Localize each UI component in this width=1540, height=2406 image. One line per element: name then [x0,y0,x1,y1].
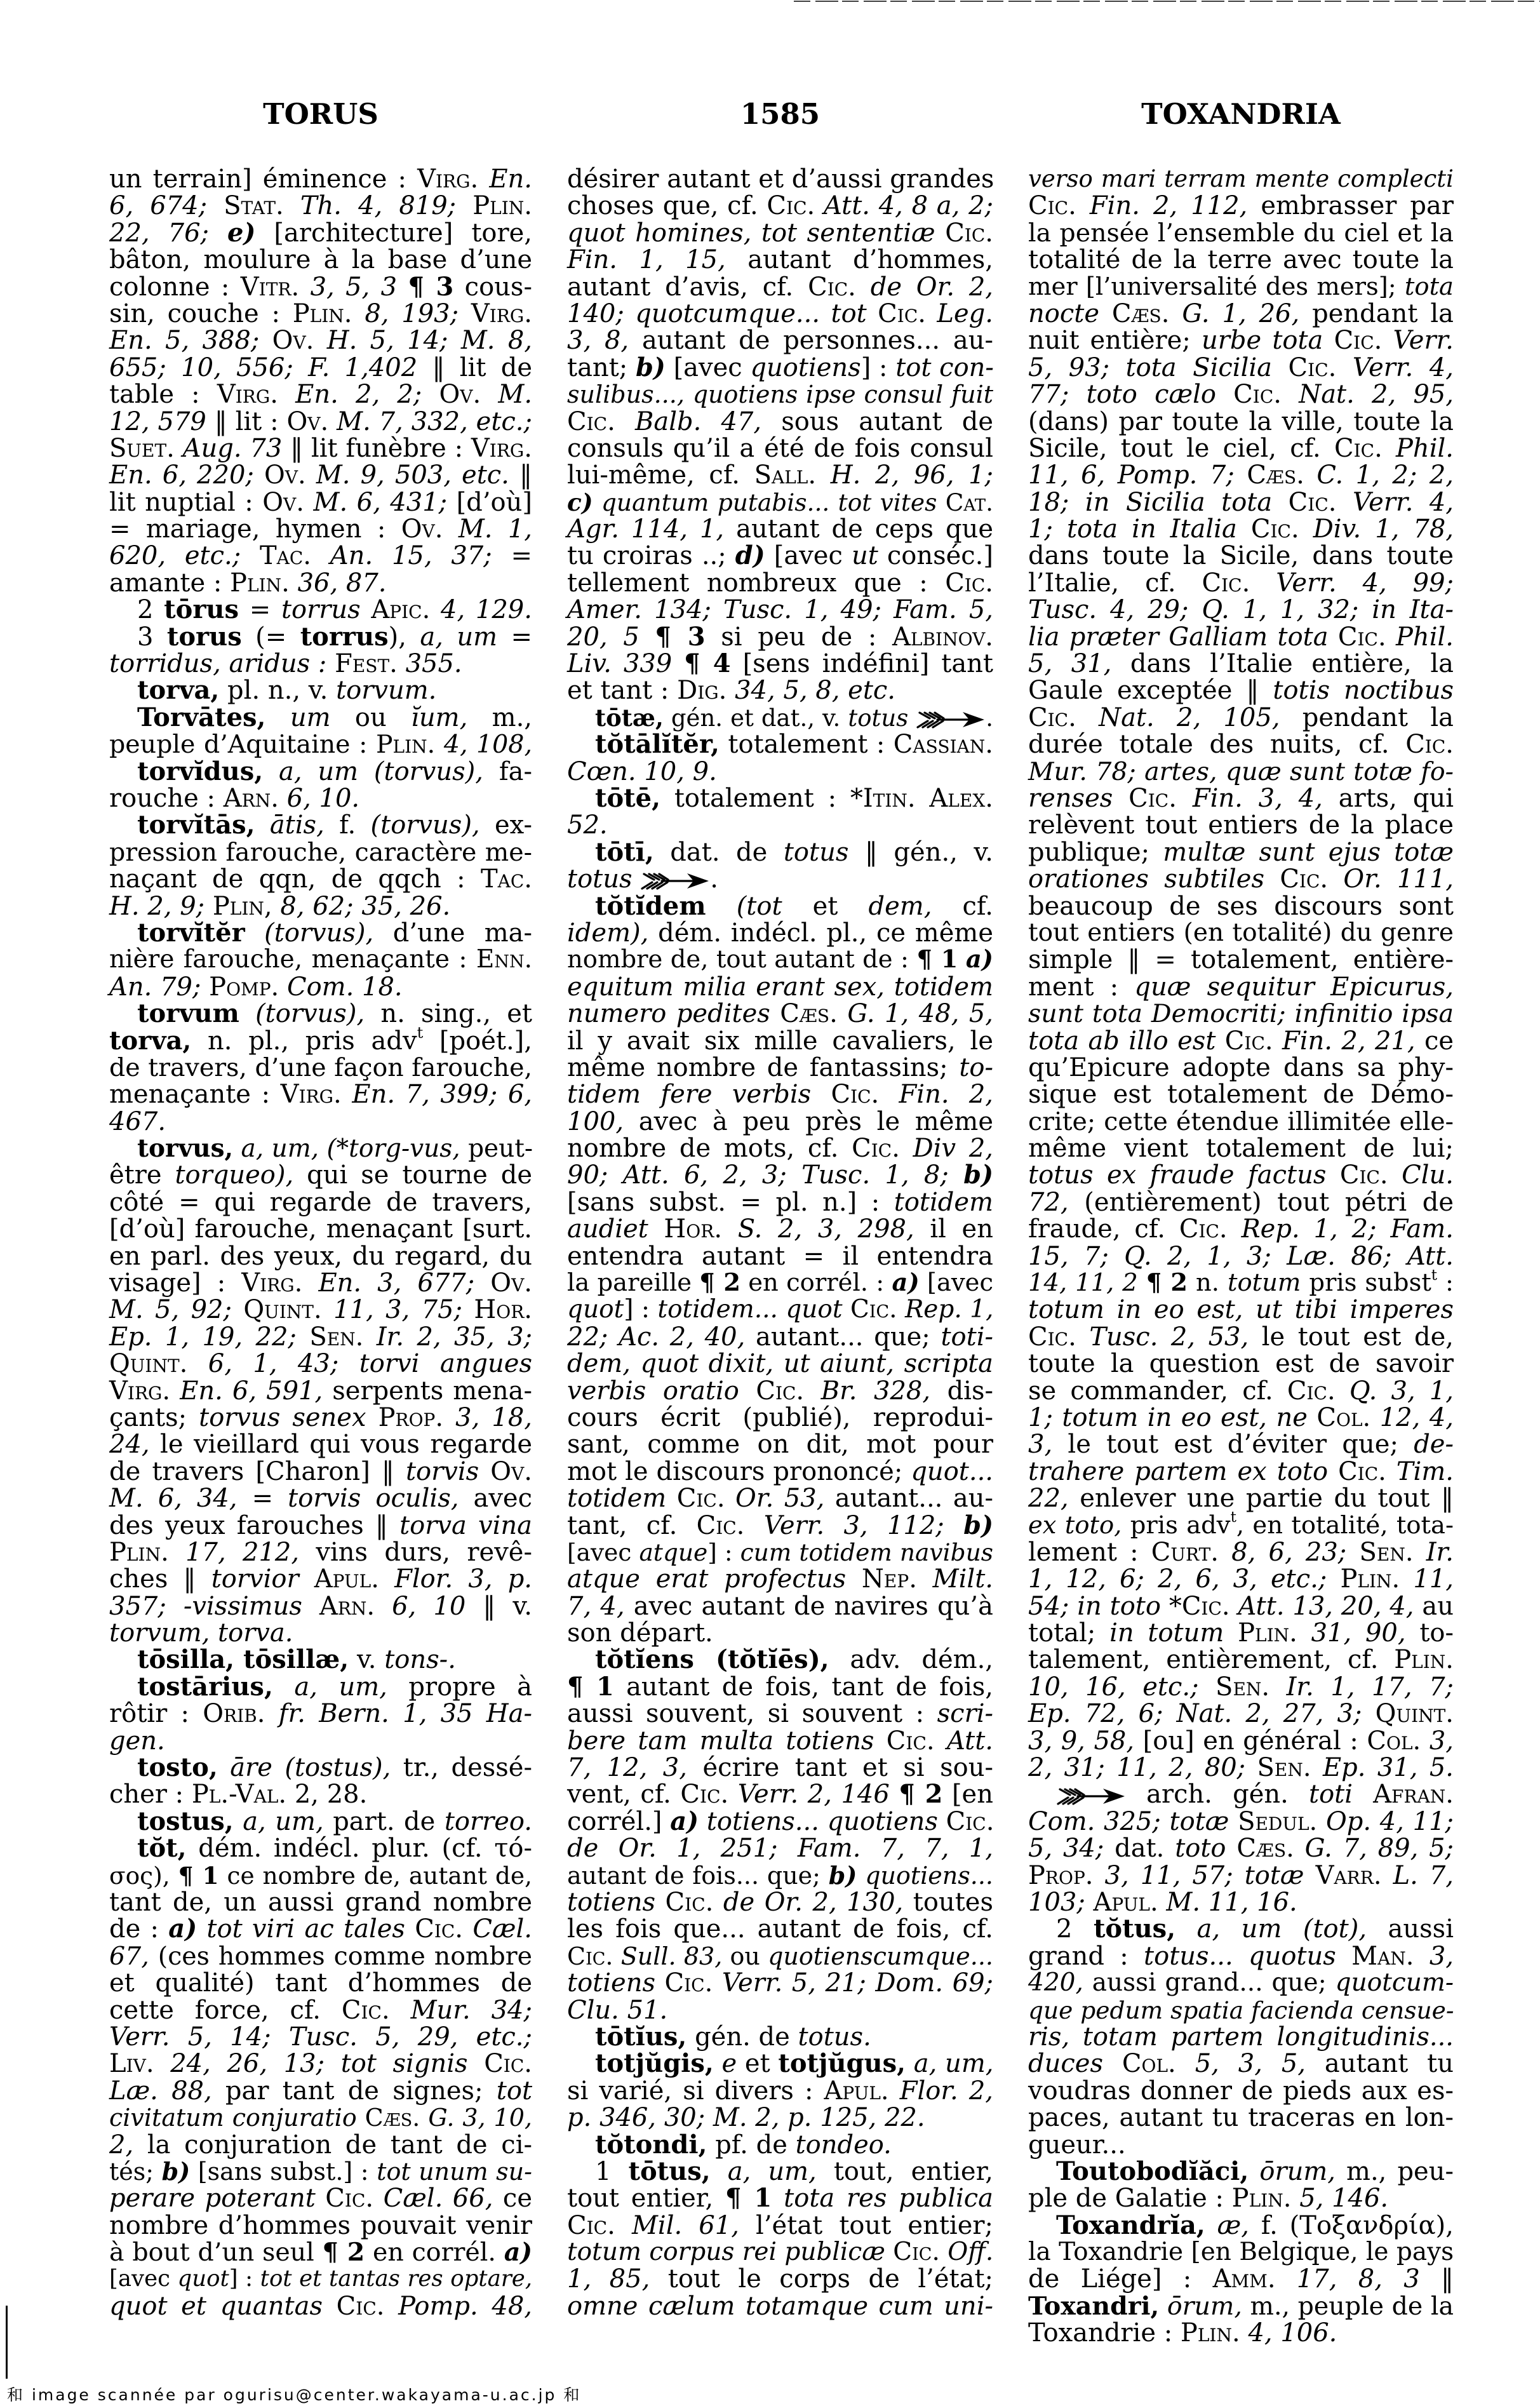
text-line: renses Cic. Fin. 3, 4, arts, qui [1028,785,1454,812]
italic-text: Verr. 4, [1353,488,1454,517]
sense-marker: b) [162,2157,191,2186]
italic-text: Balb. 47, [635,407,761,436]
italic-text: Or. 111, [1343,864,1454,894]
italic-text: Aug. 73 [183,434,283,463]
italic-text: 3, 11, 57; totæ [1105,1861,1304,1890]
author-abbreviation: Cic. [1028,703,1076,732]
author-abbreviation: Virg. [217,380,278,409]
text-line: tant, cf. Cic. Verr. 3, 112; b) [567,1512,993,1539]
text-line: 54; in toto *Cic. Att. 13, 20, 4, au [1028,1593,1454,1620]
italic-text: Rep. 1, 2; Fam. [1242,1214,1454,1244]
author-abbreviation: Cic. [1128,784,1177,813]
italic-text: sulibus..., quotiens ipse consul fuit [567,380,993,408]
text-line: tosto, āre (tostus), tr., dessé- [109,1754,532,1781]
italic-text: 6, 674; [109,191,207,220]
text-line: 5, 31, dans l’Italie entière, la [1028,650,1454,677]
italic-text: Mur. 34; [411,1996,532,2025]
author-abbreviation: Enn. [476,945,532,974]
headword: torva, [137,675,219,705]
author-abbreviation: Cic. [1280,864,1328,894]
text-line: nombre d’hommes pouvait venir [109,2212,532,2239]
author-abbreviation: Virg. [241,1268,302,1298]
text-line: lia præter Galliam tota Cic. Phil. [1028,624,1454,650]
italic-text: Verr. [1393,326,1454,355]
text-line: 2, la conjuration de tant de ci- [109,2132,532,2158]
italic-text: S. 2, 3, 298, [738,1214,914,1244]
italic-text: En. 5, 388; [109,326,259,355]
text-line: de travers [Charon] ‖ torvis Ov. [109,1458,532,1485]
italic-text: ut [852,541,878,570]
text-line: totalité de la terre avec toute la [1028,246,1454,273]
author-abbreviation: Cæs. [1247,460,1304,490]
italic-text: 1, 85, [567,2264,650,2294]
text-line: 22, enlever une partie du tout ‖ [1028,1485,1454,1512]
author-abbreviation: Prop. [1028,1861,1094,1890]
italic-text: totidem [894,1188,993,1217]
text-line: tōtĭus, gén. de totus. [567,2024,993,2050]
text-line: aussi souvent, si souvent : scri- [567,1700,993,1727]
italic-text: 11, 3, 75; [333,1295,462,1324]
author-abbreviation: Ov. [439,380,481,409]
italic-text: 6, 10 [392,1592,465,1621]
text-line: torva, pl. n., v. torvum. [109,677,532,704]
italic-text: scri- [937,1699,993,1728]
headword: ¶ 2 [699,1268,740,1297]
italic-text: 18; in Sicilia tota [1028,488,1272,517]
author-abbreviation: Cic. [342,1996,390,2025]
italic-text: totus. [798,2022,871,2052]
superscript: t [417,1024,424,1042]
italic-text: 36, 87. [298,568,387,598]
italic-text: quotiens [750,353,860,382]
text-line: pression farouche, caractère me- [109,839,532,866]
text-line: omne cælum totamque cum uni- [567,2293,993,2320]
italic-text: 10, 16, etc.; [1028,1672,1199,1702]
text-line: Mur. 78; artes, quæ sunt totæ fo- [1028,758,1454,785]
text-line: Cic. Fin. 2, 112, embrasser par [1028,192,1454,219]
author-abbreviation: Cic. [1179,1214,1228,1244]
text-line: audiet Hor. S. 2, 3, 298, il en [567,1216,993,1242]
author-abbreviation: Cæs. [1236,1834,1294,1863]
text-line: de Liége] : Amm. 17, 8, 3 ‖ [1028,2266,1454,2292]
text-line: nombre de, tout autant de : ¶ 1 a) [567,946,993,973]
italic-text: Milt. [933,1564,993,1594]
text-line: M. 5, 92; Quint. 11, 3, 75; Hor. [109,1296,532,1323]
text-line: vent, cf. Cic. Verr. 2, 146 ¶ 2 [en [567,1781,993,1808]
headword: ¶ 1 [916,945,958,974]
italic-text: 4, 129. [441,595,532,624]
headword: torvum [137,998,239,1028]
italic-text: Ir. 1, 17, 7; [1287,1672,1454,1702]
italic-text: Nat. 2, 95, [1299,380,1454,409]
italic-text: 655; 10, 556; F. 1,402 [109,353,417,382]
italic-text: 620, etc.; [109,541,241,570]
author-abbreviation: Cic. [878,299,926,328]
italic-text: En. 3, 677; [318,1268,474,1298]
italic-text: torvis [406,1457,479,1486]
italic-text: torvis oculis, [288,1484,459,1513]
italic-text: 420, [1028,1968,1083,1997]
author-abbreviation: Man. [1351,1942,1414,1971]
headword: tostārius, [137,1672,273,1702]
text-line: 2 tŏtus, a, um (tot), aussi [1028,1916,1454,1942]
italic-text: Fin. 2, [899,1080,993,1109]
text-line: 90; Att. 6, 2, 3; Tusc. 1, 8; b) [567,1162,993,1188]
italic-text: quotiens... [865,1862,993,1890]
italic-text: a, um, [243,1807,323,1836]
italic-text: 6, 1, 43; torvi angues [208,1349,532,1378]
headword: tŏtus, [1094,1914,1175,1944]
italic-text: e [722,2049,737,2078]
italic-text: 12, 579 [109,407,206,436]
running-header-right-guide-word: TOXANDRIA [1028,98,1454,130]
text-line: gen. [109,1728,532,1754]
italic-text: Fin. 2, 112, [1090,191,1247,220]
author-abbreviation: Plin. [109,1538,169,1567]
italic-text: Flor. 2, [900,2076,993,2106]
italic-text: totus... quotus [1144,1942,1336,1971]
italic-text: H. 2, 9; [109,892,204,921]
italic-text: tot et tantas res optare, [260,2266,532,2292]
italic-text: Att. 13, 20, 4, [1238,1592,1414,1621]
author-abbreviation: Albinov. [892,622,993,652]
italic-text: Com. 18. [287,972,403,1002]
text-line: 22; Ac. 2, 40, autant... que; toti- [567,1324,993,1350]
author-abbreviation: Plin. [472,191,532,220]
text-line: tōtē, totalement : *Itin. Alex. [567,785,993,812]
headword: ¶ 4 [684,649,730,678]
author-abbreviation: Cic. [337,2292,385,2321]
italic-text: Com. 325; totæ [1028,1807,1229,1836]
author-abbreviation: Cic. [567,407,615,436]
text-line: désirer autant et d’aussi grandes [567,166,993,192]
headword: tŏtondi, [595,2130,707,2160]
text-line: tŏtĭens (tŏtĭēs), adv. dém., [567,1646,993,1673]
author-abbreviation: Cic. [1182,1592,1230,1621]
italic-text: 100, [567,1107,624,1136]
italic-text: quantum putabis... tot vites [601,488,937,516]
author-abbreviation: Cic. [831,1080,879,1109]
text-line: l’Italie, cf. Cic. Verr. 4, 99; [1028,570,1454,596]
text-line: 1; tota in Italia Cic. Div. 1, 78, [1028,516,1454,542]
italic-text: torreo. [445,1807,532,1836]
italic-text: Amer. 134; Tusc. 1, 49; Fam. 5, [567,595,993,624]
italic-text: multæ sunt ejus totæ [1163,838,1454,867]
author-abbreviation: Cic. [767,191,815,220]
italic-text: M. 5, 92; [109,1295,232,1324]
feathered-arrow-icon [916,709,986,730]
italic-text: dem, [868,892,932,921]
text-line: tōtæ, gén. et dat., v. totus . [567,704,993,731]
italic-text: toti- [941,1322,993,1352]
italic-text: urbe tota [1202,326,1323,355]
text-line: table : Virg. En. 2, 2; Ov. M. [109,381,532,408]
italic-text: fr. Bern. 1, 35 Ha- [279,1699,532,1728]
author-abbreviation: Sen. [309,1322,363,1352]
text-line: tōtī, dat. de totus ‖ gén., v. [567,839,993,866]
text-line: Fin. 1, 15, autant d’hommes, [567,246,993,273]
italic-text: 52. [567,810,608,840]
italic-text: 467. [109,1107,166,1136]
column-middle: désirer autant et d’aussi grandeschoses … [567,166,993,2320]
sense-marker: c) [567,488,593,516]
italic-text: torva vina [399,1511,532,1540]
author-abbreviation: Cic. [1233,380,1282,409]
italic-text: 3, 9, 58, [1028,1726,1134,1756]
headword: Toutobodĭăci, [1056,2156,1249,2186]
italic-text: Tusc. 4, 29; Q. 1, 1, 32; in Ita- [1028,595,1454,624]
author-abbreviation: Fest. [335,649,398,678]
text-line: verso mari terram mente complecti [1028,166,1454,192]
italic-text: torridus, aridus : [109,649,326,678]
italic-text: torvum, torva. [109,1618,293,1648]
italic-text: Cæl. 66, [384,2184,493,2213]
text-line: Cic. Sull. 83, ou quotienscumque... [567,1943,993,1970]
italic-text: 31, 90, [1311,1618,1406,1648]
author-abbreviation: Ov. [490,1457,532,1486]
superscript: t [1431,1267,1437,1284]
italic-text: tota [1405,272,1454,301]
italic-text: torqueo), [175,1160,293,1190]
headword: torva, [109,1026,191,1056]
text-line: atque erat profectus Nep. Milt. [567,1566,993,1592]
italic-text: tot con- [895,353,994,382]
italic-text: 14, 11, 2 [1028,1268,1138,1297]
author-abbreviation: Cic. [1028,191,1076,220]
author-abbreviation: Cic. [946,1807,994,1836]
italic-text: quotienscumque... [768,1942,993,1970]
italic-text: totiens [567,1968,655,1998]
text-line: ex toto, pris advt, en totalité, tota- [1028,1512,1454,1539]
text-line: Cic. Mil. 61, l’état tout entier; [567,2212,993,2239]
italic-text: 6, 10. [287,784,360,813]
text-line: torvum, torva. [109,1620,532,1646]
italic-text: totiens [567,1888,655,1917]
text-line: Toxandri, ōrum, m., peuple de la [1028,2293,1454,2320]
italic-text: 24, [109,1430,150,1459]
text-line: total; in totum Plin. 31, 90, to- [1028,1620,1454,1646]
italic-text: G. 1, 26, [1182,299,1299,328]
text-line: totjŭgis, e et totjŭgus, a, um, [567,2050,993,2077]
italic-text: Agr. 114, 1, [567,514,724,544]
text-line: totum in eo est, ut tibi imperes [1028,1296,1454,1323]
text-line: Ep. 72, 6; Nat. 2, 27, 3; Quint. [1028,1700,1454,1727]
italic-text: toto [1175,1834,1226,1863]
text-line: 3, le tout est d’éviter que; de- [1028,1431,1454,1458]
italic-text: totum corpus rei publicæ [567,2238,885,2266]
author-abbreviation: Tac. [260,541,311,570]
text-line: M. 6, 34, = torvis oculis, avec [109,1485,532,1512]
headword: ¶ 2 [899,1779,942,1809]
italic-text: ex toto, [1028,1511,1122,1540]
italic-text: ōrum, [1167,2292,1242,2321]
headword: tŏtālĭtĕr, [595,729,720,759]
italic-text: H. 5, 14; M. 8, [327,326,532,355]
text-line: 14, 11, 2 ¶ 2 n. totum pris substt : [1028,1270,1454,1296]
text-line: tu croiras ..; d) [avec ut conséc.] [567,542,993,569]
text-line: mot le discours prononcé; quot... [567,1458,993,1485]
author-abbreviation: Ov. [264,460,306,490]
author-abbreviation: Cic. [666,1888,714,1917]
text-line: 2, 31; 11, 2, 80; Sen. Ep. 31, 5. [1028,1754,1454,1781]
italic-text: 12, 4, [1380,1403,1454,1432]
text-line: lui-même, cf. Sall. H. 2, 96, 1; [567,462,993,488]
text-line: et tant : Dig. 34, 5, 8, etc. [567,677,993,704]
italic-text: Liv. 339 [567,649,672,678]
italic-text: 11, 6, Pomp. 7; [1028,460,1235,490]
text-line: σος), ¶ 1 ce nombre de, autant de, [109,1862,532,1889]
author-abbreviation: Cic. [1289,353,1337,382]
headword: torvus, [137,1134,233,1163]
italic-text: āre (tostus), [230,1753,391,1782]
italic-text: Fin. 3, 4, [1193,784,1323,813]
text-line: tant de, un aussi grand nombre [109,1889,532,1916]
italic-text: Rep. 1, [905,1295,993,1324]
text-line: simple ‖ = totalement, entière- [1028,946,1454,973]
text-line: torvus, a, um, (*torg-vus, peut- [109,1135,532,1162]
italic-text: Fin. 2, 21, [1282,1026,1416,1056]
text-line: tŏtālĭtĕr, totalement : Cassian. [567,731,993,758]
sense-marker: d) [735,541,765,570]
italic-text: Verr. 3, 112; [764,1511,944,1540]
author-abbreviation: Cic. [1334,434,1383,463]
italic-text: Off. [947,2238,993,2266]
italic-text: 22; Ac. 2, 40, [567,1322,745,1352]
headword: Toxandrĭa, [1056,2210,1205,2240]
text-line: la pensée l’ensemble du ciel et la [1028,220,1454,246]
italic-text: dem, quot dixit, ut aiunt, scripta [567,1349,993,1378]
author-abbreviation: Virg. [471,299,532,328]
author-abbreviation: Cic. [1338,622,1386,652]
text-line: tŏtondi, pf. de tondeo. [567,2132,993,2158]
italic-text: Tim. [1396,1457,1454,1486]
italic-text: 4, 108, [444,730,532,759]
italic-text: ātis, [270,810,325,840]
text-line: [d’où] farouche, menaçant [surt. [109,1216,532,1242]
headword: totjŭgus, [778,2048,906,2078]
column-right: verso mari terram mente complectiCic. Fi… [1028,166,1454,2347]
author-abbreviation: Itin. Alex. [863,784,993,813]
italic-text: Cæl. [472,1914,532,1944]
running-header-left-guide-word: TORUS [109,98,532,130]
author-abbreviation: Cic. [852,1134,900,1163]
italic-text: L. 7, [1393,1861,1454,1890]
text-line: tōsilla, tōsillæ, v. tons-. [109,1646,532,1673]
italic-text: torrus [281,595,361,624]
italic-text: quotcum- [1336,1968,1454,1997]
text-line: 3, 8, autant de personnes... au- [567,327,993,354]
text-line: Torvātes, um ou ĭum, m., [109,704,532,731]
text-line: tés; b) [sans subst.] : tot unum su- [109,2158,532,2185]
italic-text: de- [1414,1430,1454,1459]
text-line: sin, couche : Plin. 8, 193; Virg. [109,300,532,327]
author-abbreviation: Ov. [262,488,304,517]
author-abbreviation: Arn. [319,1592,375,1621]
text-line: il y avait six mille cavaliers, le [567,1028,993,1054]
text-line: 5, 34; dat. toto Cæs. G. 7, 89, 5; [1028,1835,1454,1862]
text-line: mer [l’universalité des mers]; tota [1028,274,1454,300]
text-line: dans toute la Sicile, dans toute [1028,542,1454,569]
text-line: Læ. 88, par tant de signes; tot [109,2078,532,2104]
text-line: corrél.] a) totiens... quotiens Cic. [567,1808,993,1835]
italic-text: 5, 34; [1028,1834,1104,1863]
italic-text: C. 1, 2; 2, [1316,460,1454,490]
text-line: 1 tōtus, a, um, tout, entier, [567,2158,993,2185]
text-line: lement : Curt. 8, 6, 23; Sen. Ir. [1028,1539,1454,1566]
text-line: [sans subst. = pl. n.] : totidem [567,1189,993,1216]
text-line: entendra autant = il entendra [567,1243,993,1270]
italic-text: (torvus), [371,810,480,840]
text-line: 18; in Sicilia tota Cic. Verr. 4, [1028,489,1454,516]
author-abbreviation: Apul. [1094,1888,1158,1917]
text-line: 140; quotcumque... tot Cic. Leg. [567,300,993,327]
author-abbreviation: Plin. [1394,1645,1454,1674]
text-line: ches ‖ torvior Apul. Flor. 3, p. [109,1566,532,1592]
text-line: ris, totam partem longitudinis... [1028,2024,1454,2050]
italic-text: nocte [1028,299,1099,328]
italic-text: Sull. 83, [621,1942,723,1970]
headword: Torvātes, [137,702,265,732]
italic-text: totidem... quot [657,1295,842,1324]
italic-text: a, um (tot), [1197,1914,1367,1944]
headword: ¶ 1 [567,1672,614,1702]
text-line: beaucoup de ses discours sont [1028,893,1454,920]
text-line: p. 346, 30; M. 2, p. 125, 22. [567,2104,993,2131]
italic-text: 54; in toto [1028,1592,1161,1621]
text-line: 1; totum in eo est, ne Col. 12, 4, [1028,1404,1454,1431]
author-abbreviation: Cic. [893,2238,940,2266]
headword: ¶ 2 [1146,1268,1188,1297]
text-line: voudras donner de pieds aux es- [1028,2078,1454,2104]
italic-text: 17, 8, 3 [1297,2264,1420,2294]
headword: ¶ 2 [323,2238,365,2267]
italic-text: torvus senex [199,1403,366,1432]
author-abbreviation: Tac. [481,864,532,894]
text-line: tout entier, ¶ 1 tota res publica [567,2185,993,2212]
author-abbreviation: Curt. [1151,1538,1219,1567]
text-line: cher : Pl.-Val. 2, 28. [109,1781,532,1808]
author-abbreviation: Orib. [203,1699,265,1728]
headword: torus [167,622,242,652]
italic-text: 11, [1413,1564,1454,1594]
text-line: duces Col. 5, 3, 5, autant tu [1028,2050,1454,2077]
italic-text: 3, [1028,1430,1052,1459]
text-line: 20, 5 ¶ 3 si peu de : Albinov. [567,624,993,650]
author-abbreviation: Plin. [376,730,435,759]
italic-text: Ep. 72, 6; Nat. 2, 27, 3; [1028,1699,1362,1728]
text-line: fraude, cf. Cic. Rep. 1, 2; Fam. [1028,1216,1454,1242]
author-abbreviation: Virg. [109,1376,170,1406]
author-abbreviation: Plin. [293,299,352,328]
text-line: de Or. 1, 251; Fam. 7, 7, 1, [567,1835,993,1862]
text-line: 5, 93; tota Sicilia Cic. Verr. 4, [1028,354,1454,381]
italic-text: Clu. 51. [567,1996,667,2025]
italic-text: M. 9, 503, etc. [316,460,509,490]
text-line: tota ab illo est Cic. Fin. 2, 21, ce [1028,1028,1454,1054]
text-line: peuple d’Aquitaine : Plin. 4, 108, [109,731,532,758]
feathered-arrow-icon [640,871,710,891]
text-line: si varié, si divers : Apul. Flor. 2, [567,2078,993,2104]
italic-text: civitatum conjuratio [109,2104,357,2132]
italic-text: de Or. 2, 130, [723,1888,903,1917]
headword: tōtī, [595,837,654,867]
text-line: idem), dém. indécl. pl., ce même [567,920,993,946]
text-line: Verr. 5, 14; Tusc. 5, 29, etc.; [109,2024,532,2050]
italic-text: M. 1, [459,514,532,544]
author-abbreviation: Cic. [567,2211,615,2240]
text-line: que pedum spatia facienda censue- [1028,1997,1454,2024]
italic-text: 8, 6, 23; [1231,1538,1346,1567]
